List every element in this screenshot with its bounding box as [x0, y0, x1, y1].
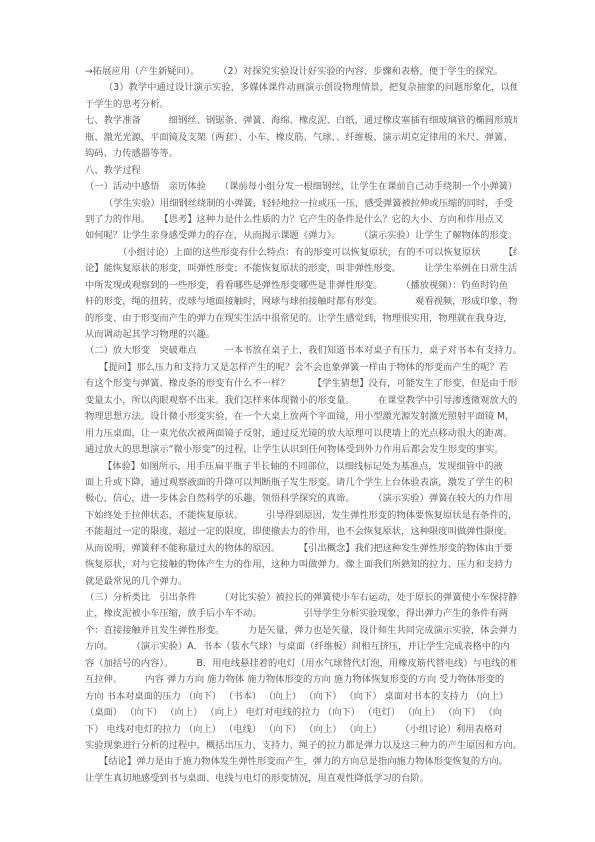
text-line-21: 变量太小，所以肉眼观察不出来。我们怎样来体现微小的形变量。 在课堂教学中引导渗透…	[85, 393, 517, 409]
text-line-14: 中所发现或观察到的一些形变，看看哪些是弹性形变哪些是非弹性形变。 （播放视频）：…	[85, 278, 517, 294]
text-line-1: →拓展应用（产生新疑问）。 （2）对探究实验设计好实验的内容、步骤和表格，便于学…	[85, 64, 517, 80]
text-line-12: （小组讨论）上面的这些形变有什么特点：有的形变可以恢复原状，有的不可以恢复原状 …	[85, 245, 517, 261]
text-line-40: （桌面） （向下） （向上） （向上） 电灯对电线的拉力 （向下） （电灯） （…	[85, 705, 517, 721]
text-line-10: 到了力的作用。 【思考】这种力是什么性质的力？它产生的条件是什么？它的大小、方向…	[85, 212, 517, 228]
text-line-22: 物理思想方法。设计微小形变实验，在一个大桌上放两个平面镜，用小型激光源发射激光照…	[85, 409, 517, 425]
text-line-5: 瓶、激光光源、平面镜及支架（两套）、小车、橡皮筋、气球、、纤维板、演示胡克定律用…	[85, 130, 517, 146]
document-text-body: →拓展应用（产生新疑问）。 （2）对探究实验设计好实验的内容、步骤和表格，便于学…	[85, 64, 517, 787]
text-line-6: 钩码、力传感器等等。	[85, 146, 517, 162]
document-page: →拓展应用（产生新疑问）。 （2）对探究实验设计好实验的内容、步骤和表格，便于学…	[0, 0, 595, 842]
text-line-11: 如何呢？让学生亲身感受弹力的存在，从而揭示课题《弹力》。 （演示实验）让学生了解…	[85, 228, 517, 244]
text-line-3: 于学生的思考分析。	[85, 97, 517, 113]
text-line-30: 从而说明，弹簧秤不能称量过大的物体的原因。 【引出概念】我们把这种发生弹性形变的…	[85, 541, 517, 557]
text-line-44: 让学生真切地感受到书与桌面、电线与电灯的形变情况，用直观性降低学习的台阶。	[85, 771, 517, 787]
text-line-9: （学生实验）用细钢丝绕制的小弹簧，轻轻地拉一拉或压一压，感受弹簧被拉伸或压缩的同…	[85, 196, 517, 212]
text-line-38: 互拉伸。 内容 弹力方向 施力物体 施力物体形变的方向 施力物体恢复形变的方向 …	[85, 672, 517, 688]
text-line-39: 方向 书本对桌面的压力 （向下） （书本） （向上） （向下） （向下） 桌面对…	[85, 689, 517, 705]
text-line-26: 面上升或下降，通过观察液面的升降可以判断瓶子发生形变。请几个学生上台体验表演，激…	[85, 475, 517, 491]
text-line-2: （3）教学中通过设计演示实验，多媒体课件动画演示创设物理情景，把复杂抽象的问题形…	[85, 80, 517, 96]
text-line-13: 论】能恢复原状的形变，叫弹性形变；不能恢复原状的形变，叫非弹性形变。 让学生举例…	[85, 261, 517, 277]
text-line-17: 从而调动起其学习物理的兴趣。	[85, 327, 517, 343]
text-line-4: 七、教学准备 细钢丝、钢锯条、弹簧、海绵、橡皮泥、白纸，通过橡皮塞插有细玻璃管的…	[85, 113, 517, 129]
text-line-7: 八、教学过程	[85, 163, 517, 179]
text-line-34: 止，橡皮泥被小车压缩，放手后小车不动。 引导学生分析实验现象，得出弹力产生的条件…	[85, 606, 517, 622]
text-line-8: （一）活动中感悟 亲历体验 （课前每小组分发一根细钢丝，让学生在课前自己动手绕制…	[85, 179, 517, 195]
text-line-33: （三）分析类比 引出条件 （对比实验）被拉长的弹簧使小车右运动，处于原长的弹簧使…	[85, 590, 517, 606]
text-line-35: 个：直接接触并且发生弹性形变。 力是矢量，弹力也是矢量，设计师生共同完成演示实验…	[85, 623, 517, 639]
text-line-18: （二）放大形变 突破难点 一本书放在桌子上，我们知道书本对桌子有压力，桌子对书本…	[85, 343, 517, 359]
text-line-43: 【结论】弹力是由于施力物体发生弹性形变而产生，弹力的方向总是指向施力物体形变恢复…	[85, 754, 517, 770]
text-line-32: 就是最常见的几个弹力。	[85, 574, 517, 590]
text-line-41: 下） 电线对电灯的拉力 （向上） （电线） （向下） （向上） （向上） （小组…	[85, 722, 517, 738]
text-line-36: 方向。 （演示实验）A．书本（装水气球）与桌面（纤维板）间相互挤压，并让学生完成…	[85, 639, 517, 655]
text-line-16: 的形变、由于形变而产生的弹力在现实生活中很常见的。让学生感觉到，物理很实用，物理…	[85, 311, 517, 327]
text-line-20: 有这个形变与弹簧、橡皮条的形变有什么不一样？ 【学生猜想】没有，可能发生了形变，…	[85, 376, 517, 392]
text-line-23: 用力压桌面，让一束光依次被两面镜子反射，通过反光镜的放大原理可以使墙上的光点移动…	[85, 426, 517, 442]
text-line-25: 【体验】如图所示，用手压扁平瓶子半长轴的不同部位，以细线标记处为基准点，发现细管…	[85, 459, 517, 475]
text-line-19: 【提问】那么压力和支持力又是怎样产生的呢？会不会也象弹簧一样由于物体的形变而产生…	[85, 360, 517, 376]
text-line-42: 实验现象进行分析的过程中，概括出压力、支持力、绳子的拉力都是弹力以及这三种力的产…	[85, 738, 517, 754]
text-line-28: 下始终处于拉伸状态，不能恢复原状。 引导得到原因，发生弹性形变的物体要恢复原状是…	[85, 508, 517, 524]
text-line-24: 通过放大的思想演示“微小形变”的过程，让学生认识到任何物体受到外力作用后都会发生…	[85, 442, 517, 458]
text-line-31: 恢复原状，对与它接触的物体产生力的作用，这种力叫做弹力。像上面我们所熟知的拉力、…	[85, 557, 517, 573]
text-line-27: 极心，信心，进一步体会自然科学的乐趣，领悟科学探究的真谛。 （演示实验）弹簧在较…	[85, 491, 517, 507]
text-line-37: 容（加括号的内容）。 B．用电线悬挂着的电灯（用水气球替代灯泡，用橡皮筋代替电线…	[85, 656, 517, 672]
text-line-29: 不能超过一定的限度，超过一定的限度，即使撤去力的作用，也不会恢复原状，这种限度叫…	[85, 524, 517, 540]
text-line-15: 杆的形变，绳的扭转，皮球与地面接触时，网球与球拍接触时都有形变。 观看视频，形成…	[85, 294, 517, 310]
